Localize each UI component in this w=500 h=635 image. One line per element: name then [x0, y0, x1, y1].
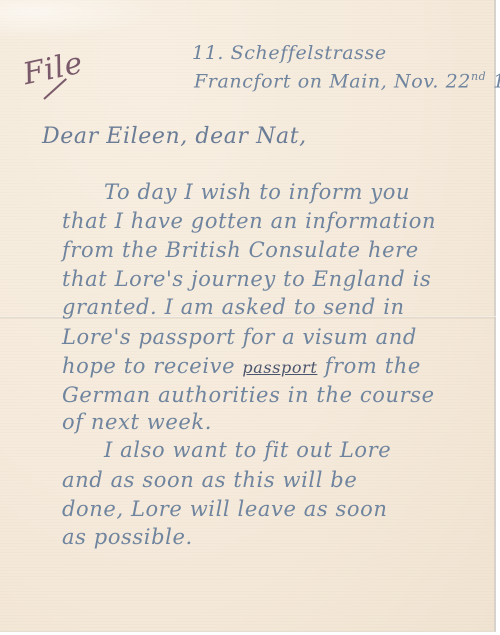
letter-line: hope to receive passport from the — [62, 354, 421, 378]
letter-line: of next week. — [62, 410, 212, 434]
inserted-word: passport — [242, 358, 317, 377]
letter-line: from the British Consulate here — [62, 238, 419, 262]
letter-paper: File 11. Scheffelstrasse Francfort on Ma… — [0, 0, 496, 632]
letter-line: I also want to fit out Lore — [104, 438, 391, 462]
letter-line: as possible. — [62, 525, 193, 549]
line-text: hope to receive — [62, 354, 242, 378]
file-annotation: File — [20, 45, 86, 92]
paper-crease — [0, 0, 160, 40]
city-date-text: Francfort on Main, Nov. 22 — [194, 70, 471, 92]
letter-line: and as soon as this will be — [62, 468, 357, 492]
year-text: 1938. — [486, 70, 500, 92]
letter-line: that Lore's journey to England is — [62, 267, 431, 291]
letter-line: granted. I am asked to send in — [62, 295, 405, 319]
date-suffix: nd — [471, 70, 486, 83]
address-street: 11. Scheffelstrasse — [192, 42, 387, 64]
letter-line: German authorities in the course — [62, 383, 435, 407]
letter-line: To day I wish to inform you — [104, 180, 410, 204]
line-tail: from the — [317, 354, 421, 378]
letter-line: done, Lore will leave as soon — [62, 497, 388, 521]
letter-line: Lore's passport for a visum and — [62, 325, 417, 349]
address-city-date: Francfort on Main, Nov. 22nd 1938. — [194, 70, 500, 92]
letter-line: that I have gotten an information — [62, 209, 436, 233]
salutation: Dear Eileen, dear Nat, — [42, 124, 307, 149]
